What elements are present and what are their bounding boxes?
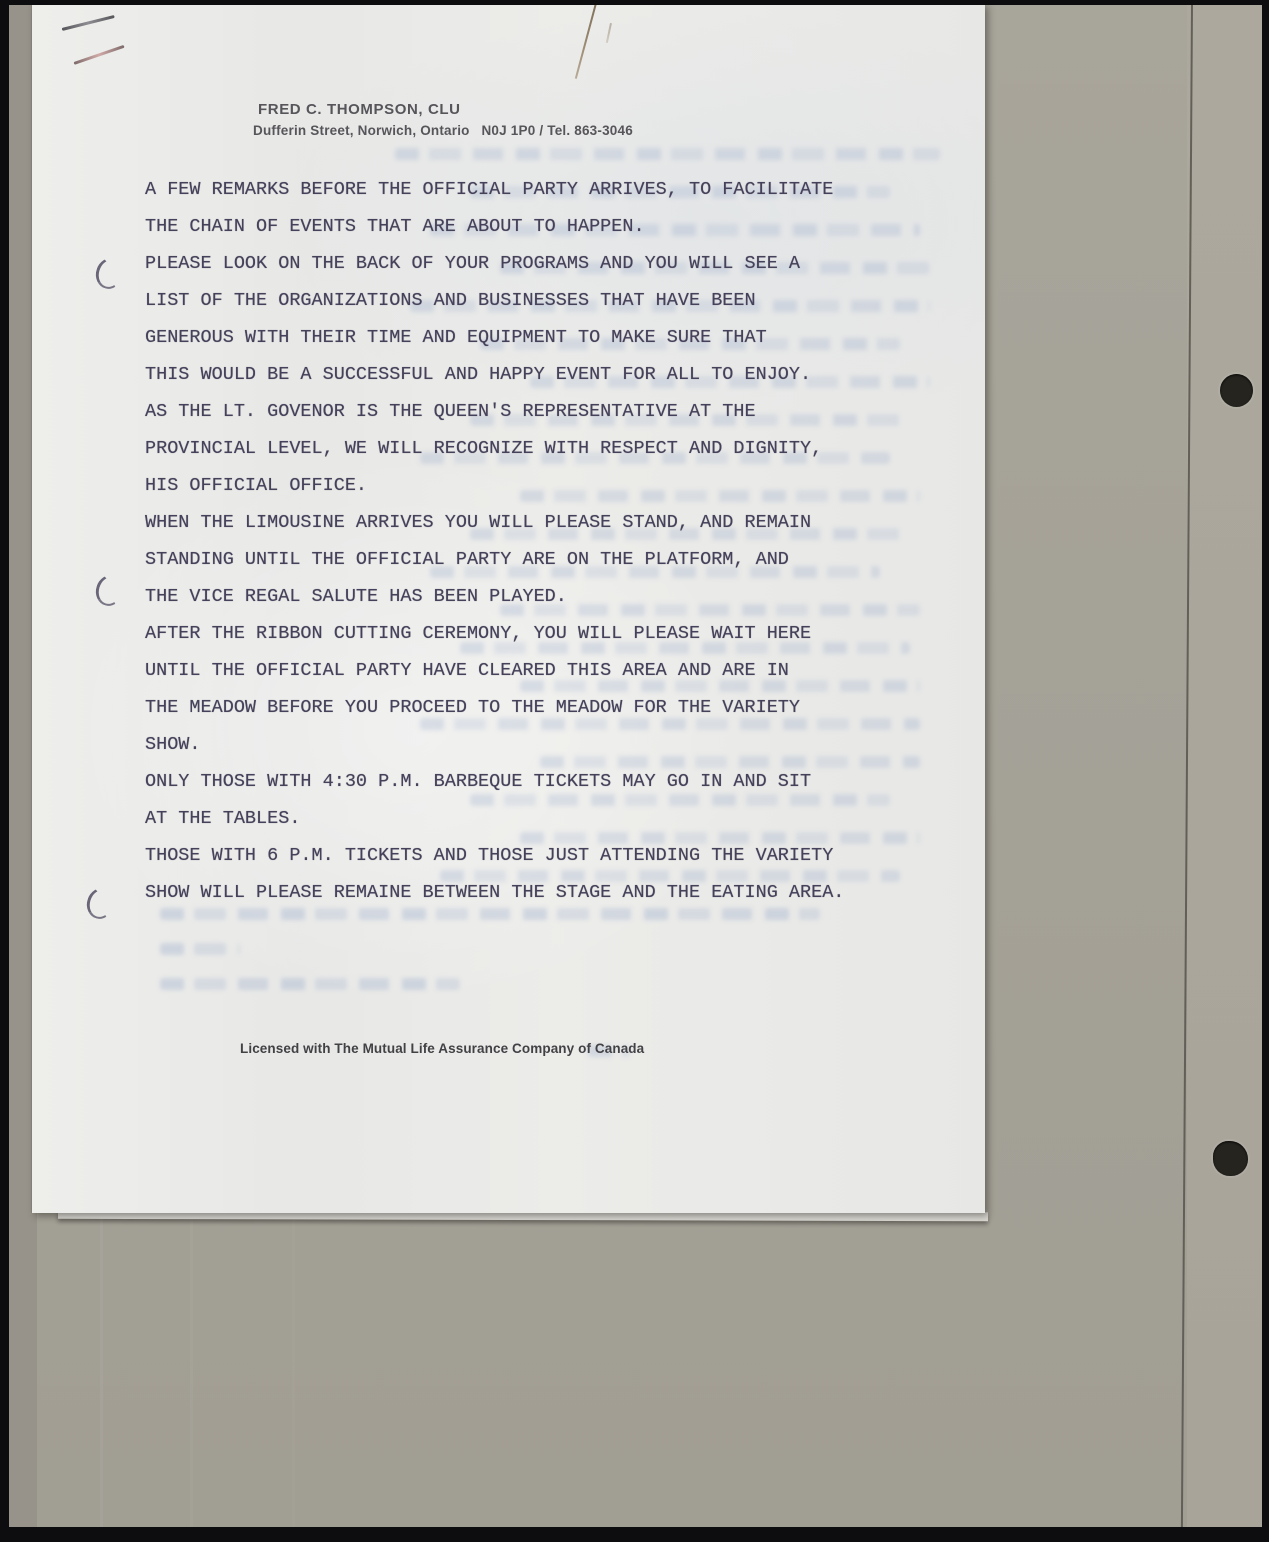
body-line: AT THE TABLES. (145, 800, 905, 837)
body-line: ONLY THOSE WITH 4:30 P.M. BARBEQUE TICKE… (145, 763, 905, 800)
scanned-album-page: FRED C. THOMPSON, CLU Dufferin Street, N… (0, 0, 1269, 1542)
staple-icon (74, 45, 125, 65)
album-streak (292, 1213, 295, 1528)
body-line: WHEN THE LIMOUSINE ARRIVES YOU WILL PLEA… (145, 504, 905, 541)
body-line: LIST OF THE ORGANIZATIONS AND BUSINESSES… (145, 282, 905, 319)
body-line: SHOW WILL PLEASE REMAINE BETWEEN THE STA… (145, 874, 905, 911)
bleedthrough-text-line (160, 978, 460, 990)
footer-license: Licensed with The Mutual Life Assurance … (240, 1041, 644, 1056)
photo-border-top (0, 0, 1269, 5)
body-line: AS THE LT. GOVENOR IS THE QUEEN'S REPRES… (145, 393, 905, 430)
body-line: PLEASE LOOK ON THE BACK OF YOUR PROGRAMS… (145, 245, 905, 282)
body-line: THE CHAIN OF EVENTS THAT ARE ABOUT TO HA… (145, 208, 905, 245)
body-line: A FEW REMARKS BEFORE THE OFFICIAL PARTY … (145, 171, 905, 208)
body-line: PROVINCIAL LEVEL, WE WILL RECOGNIZE WITH… (145, 430, 905, 467)
letterhead-address: Dufferin Street, Norwich, Ontario N0J 1P… (253, 123, 633, 138)
photo-border-left (0, 0, 9, 1542)
body-line: THIS WOULD BE A SUCCESSFUL AND HAPPY EVE… (145, 356, 905, 393)
bleedthrough-text-line (160, 943, 240, 955)
body-line: THOSE WITH 6 P.M. TICKETS AND THOSE JUST… (145, 837, 905, 874)
letterhead-name: FRED C. THOMPSON, CLU (258, 101, 461, 118)
punch-hole-bottom (1213, 1141, 1248, 1176)
document-body: A FEW REMARKS BEFORE THE OFFICIAL PARTY … (145, 171, 905, 911)
body-line: THE MEADOW BEFORE YOU PROCEED TO THE MEA… (145, 689, 905, 726)
bleedthrough-text-line (395, 148, 940, 160)
body-line: STANDING UNTIL THE OFFICIAL PARTY ARE ON… (145, 541, 905, 578)
handwritten-margin-mark (83, 885, 117, 922)
document-sheet: FRED C. THOMPSON, CLU Dufferin Street, N… (32, 3, 985, 1213)
body-line: AFTER THE RIBBON CUTTING CEREMONY, YOU W… (145, 615, 905, 652)
photo-border-right (1262, 0, 1269, 1542)
body-line: SHOW. (145, 726, 905, 763)
body-line: HIS OFFICIAL OFFICE. (145, 467, 905, 504)
handwritten-margin-mark (92, 255, 126, 292)
album-streak (100, 1213, 103, 1528)
scratch-mark (575, 3, 597, 79)
body-line: UNTIL THE OFFICIAL PARTY HAVE CLEARED TH… (145, 652, 905, 689)
body-line: THE VICE REGAL SALUTE HAS BEEN PLAYED. (145, 578, 905, 615)
body-line: GENEROUS WITH THEIR TIME AND EQUIPMENT T… (145, 319, 905, 356)
photo-border-bottom (0, 1527, 1269, 1542)
album-streak (190, 1213, 193, 1528)
punch-hole-top (1220, 374, 1253, 407)
staple-icon (62, 15, 115, 31)
binder-edge-strip (1187, 5, 1262, 1527)
handwritten-margin-mark (92, 572, 126, 609)
scratch-mark (606, 23, 612, 43)
